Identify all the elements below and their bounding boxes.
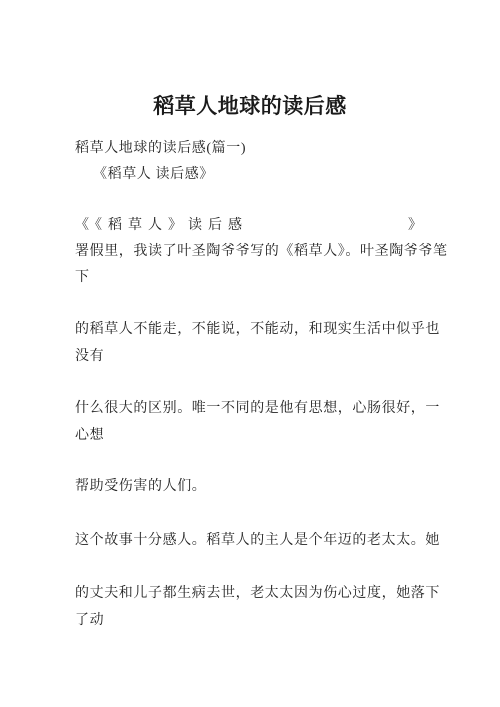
- document-title: 稻草人地球的读后感: [0, 90, 500, 120]
- body-line: 的丈夫和儿子都生病去世，老太太因为伤心过度，她落下: [75, 585, 440, 602]
- body-line-justified-text: 《《稻草人》读后感: [75, 218, 248, 233]
- body-line: 的稻草人不能走，不能说，不能动，和现实生活中似乎也: [75, 321, 440, 338]
- body-line: 心想: [75, 427, 104, 444]
- body-line: 帮助受伤害的人们。: [75, 478, 206, 495]
- body-line: 下: [75, 269, 90, 286]
- body-line: 了动: [75, 612, 104, 629]
- closing-bracket: 》: [408, 217, 422, 234]
- body-line-subheading: 《稻草人 读后感》: [93, 166, 214, 183]
- body-line-justified: 《《稻草人》读后感 》: [75, 217, 248, 234]
- body-line: 这个故事十分感人。稻草人的主人是个年迈的老太太。她: [75, 532, 440, 549]
- body-line-heading: 稻草人地球的读后感(篇一): [75, 140, 246, 157]
- body-line: 什么很大的区别。唯一不同的是他有思想，心肠很好，一: [75, 400, 440, 417]
- document-page: 稻草人地球的读后感 稻草人地球的读后感(篇一) 《稻草人 读后感》 《《稻草人》…: [0, 0, 500, 707]
- body-line: 署假里，我读了叶圣陶爷爷写的《稻草人》。叶圣陶爷爷笔: [75, 243, 448, 260]
- body-line: 没有: [75, 348, 104, 365]
